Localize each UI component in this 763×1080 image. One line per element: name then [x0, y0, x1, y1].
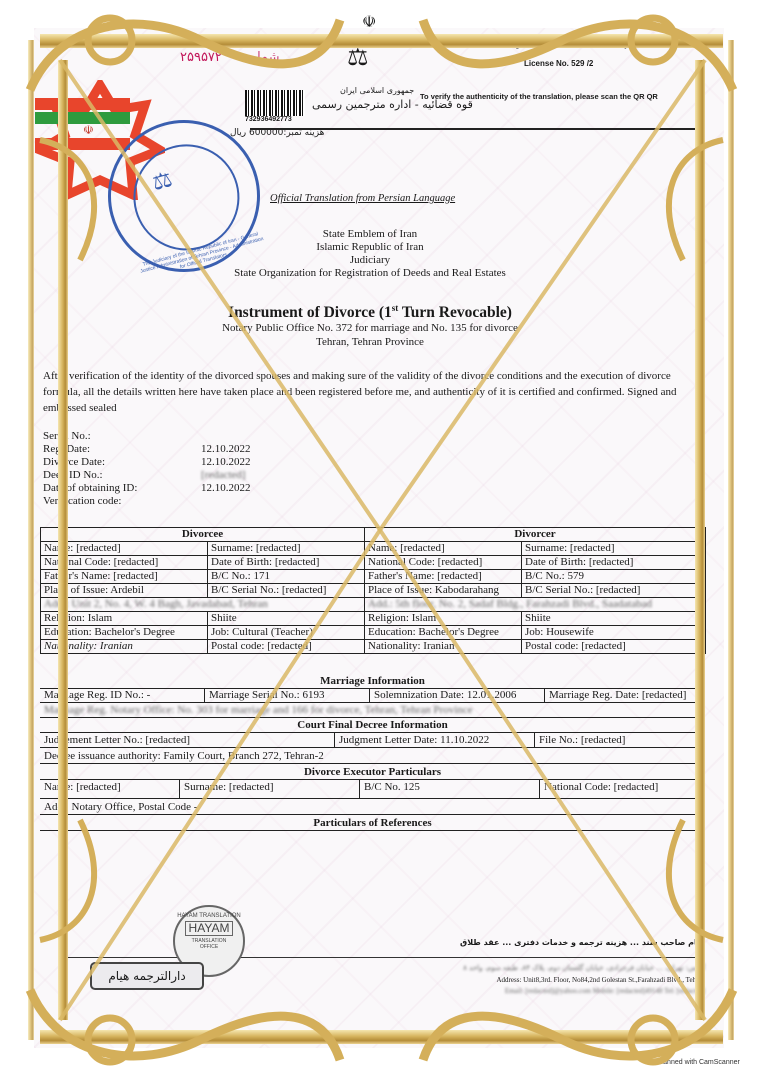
divorcer-place-of-issue: Place of Issue: Kabodarahang [365, 584, 522, 598]
registration-details: Serial No.: Reg. Date:12.10.2022 Divorce… [43, 430, 251, 508]
marriage-notary-office: Marriage Reg. Notary Office: No. 303 for… [40, 703, 705, 717]
divorcee-religion: Religion: Islam [41, 612, 208, 626]
stamp-mid-text: HAYAM [185, 921, 233, 936]
marriage-reg-date: Marriage Reg. Date: [redacted] [545, 688, 705, 702]
divorcer-national-code: National Code: [redacted] [365, 556, 522, 570]
divorcee-place-of-issue: Place of Issue: Ardebil [41, 584, 208, 598]
document-title: Instrument of Divorce (1st Turn Revocabl… [190, 302, 550, 319]
divorcee-father: Father's Name: [redacted] [41, 570, 208, 584]
authority-line: Islamic Republic of Iran [200, 241, 540, 254]
divorcee-surname: Surname: [redacted] [208, 542, 365, 556]
court-authority-row: Decree issuance authority: Family Court,… [40, 749, 705, 764]
divorcee-bc-no: B/C No.: 171 [208, 570, 365, 584]
divorcee-job: Job: Cultural (Teacher) [208, 626, 365, 640]
stamp-bottom-text-2: OFFICE [175, 944, 243, 950]
divorcer-address: Add.: 5th floor, No. 2, Sadaf Bldg., Far… [365, 598, 706, 612]
serial-number-value: ۲۵۹۵۷۲ [180, 50, 222, 65]
reg-label: Reg. Date: [43, 443, 201, 456]
reg-row: Divorce Date:12.10.2022 [43, 456, 251, 469]
executor-address: Add.: Notary Office, Postal Code - [40, 800, 705, 814]
divorcer-dob: Date of Birth: [redacted] [522, 556, 706, 570]
divorcee-address: Add.: Unit 2, No. 4, W. 4 Bagh, Javadaba… [41, 598, 365, 612]
intro-paragraph: After verification of the identity of th… [43, 368, 703, 416]
divorcee-bc-serial: B/C Serial No.: [redacted] [208, 584, 365, 598]
reg-value: 12.10.2022 [201, 456, 251, 469]
divorcee-sect: Shiite [208, 612, 365, 626]
footer-contact: Email: [redacted]@yahoo.com Mobile: [red… [390, 987, 705, 995]
qr-verify-notice: To verify the authenticity of the transl… [420, 92, 658, 101]
divorcee-name: Name: [redacted] [41, 542, 208, 556]
svg-text:☫: ☫ [83, 123, 94, 137]
divorcer-father: Father's Name: [redacted] [365, 570, 522, 584]
reg-label: Serial No.: [43, 430, 201, 443]
reg-label: Divorce Date: [43, 456, 201, 469]
reg-row: Deed ID No.:[redacted] [43, 469, 251, 482]
divorcer-job: Job: Housewife [522, 626, 706, 640]
divorcer-education: Education: Bachelor's Degree [365, 626, 522, 640]
executor-heading: Divorce Executor Particulars [40, 765, 705, 780]
marriage-serial: Marriage Serial No.: 6193 [205, 688, 370, 702]
references-heading: Particulars of References [40, 816, 705, 831]
reg-value: [redacted] [201, 469, 246, 482]
emblem-icon: ☫ [362, 12, 376, 32]
reg-value: 12.10.2022 [201, 482, 251, 495]
executor-address-row: Add.: Notary Office, Postal Code - [40, 800, 705, 815]
divorcer-religion: Religion: Islam [365, 612, 522, 626]
judgment-letter-no: Judgement Letter No.: [redacted] [40, 733, 335, 747]
spouses-table: Divorcee Divorcer Name: [redacted] Surna… [40, 527, 706, 654]
divorcee-nationality: Nationality: Iranian [41, 640, 208, 654]
location-line: Tehran, Tehran Province [200, 336, 540, 349]
divorcer-sect: Shiite [522, 612, 706, 626]
divorcer-nationality: Nationality: Iranian [365, 640, 522, 654]
license-number: License No. 529 /2 [524, 59, 593, 68]
document-serial-number: ۲۵۹۵۷۲ شماره [180, 50, 280, 65]
barcode-number: 732936492773 [245, 116, 292, 123]
notary-line: Notary Public Office No. 372 for marriag… [180, 322, 560, 335]
executor-bc-no: B/C No. 125 [360, 780, 540, 798]
marriage-heading: Marriage Information [40, 674, 705, 689]
footer-address-persian: آدرس: تهران، ... خیابان فرحزادی، خیابان … [420, 964, 705, 972]
court-row: Judgement Letter No.: [redacted] Judgmen… [40, 733, 705, 748]
divorcer-surname: Surname: [redacted] [522, 542, 706, 556]
title-text-end: Turn Revocable) [398, 304, 512, 321]
authority-line: State Organization for Registration of D… [200, 267, 540, 280]
divorcee-postal: Postal code: [redacted] [208, 640, 365, 654]
divorcee-national-code: National Code: [redacted] [41, 556, 208, 570]
footer-persian-note: نام صاحب سند ... هزینه ترجمه و خدمات دفت… [355, 938, 700, 947]
reg-row: Verification code: [43, 495, 251, 508]
executor-name: Name: [redacted] [40, 780, 180, 798]
serial-number-label: شماره [244, 50, 279, 65]
footer-divider [60, 957, 700, 958]
barcode [245, 90, 305, 116]
divorcer-bc-no: B/C No.: 579 [522, 570, 706, 584]
authority-line: State Emblem of Iran [200, 228, 540, 241]
stamp-top-text: HAYAM TRANSLATION [175, 913, 243, 919]
divorcer-bc-serial: B/C Serial No.: [redacted] [522, 584, 706, 598]
divorcee-heading: Divorcee [41, 528, 365, 542]
title-text: Instrument of Divorce (1 [228, 304, 392, 321]
scanner-watermark: Scanned with CamScanner [655, 1059, 740, 1066]
solemnization-date: Solemnization Date: 12.01.2006 [370, 688, 545, 702]
divorcee-education: Education: Bachelor's Degree [41, 626, 208, 640]
executor-row: Name: [redacted] Surname: [redacted] B/C… [40, 780, 705, 799]
scales-of-justice-icon: ⚖ [347, 46, 369, 70]
decree-authority: Decree issuance authority: Family Court,… [40, 749, 705, 763]
reg-row: Serial No.: [43, 430, 251, 443]
hayam-label: دارالترجمه هیام [90, 962, 204, 990]
divorcer-name: Name: [redacted] [365, 542, 522, 556]
reg-value: 12.10.2022 [201, 443, 251, 456]
reg-row: Reg. Date:12.10.2022 [43, 443, 251, 456]
executor-national-code: National Code: [redacted] [540, 780, 705, 798]
executor-surname: Surname: [redacted] [180, 780, 360, 798]
reg-label: Date of obtaining ID: [43, 482, 201, 495]
translator-title: Official English Translator to the Judic… [478, 40, 628, 49]
translation-subtitle: Official Translation from Persian Langua… [270, 193, 455, 204]
marriage-reg-id: Marriage Reg. ID No.: - [40, 688, 205, 702]
reg-label: Verification code: [43, 495, 201, 508]
divorcer-heading: Divorcer [365, 528, 706, 542]
court-heading: Court Final Decree Information [40, 718, 705, 733]
marriage-row: Marriage Reg. ID No.: - Marriage Serial … [40, 688, 705, 703]
authority-block: State Emblem of Iran Islamic Republic of… [200, 228, 540, 280]
emblem-caption: جمهوری اسلامی ایران [340, 86, 414, 95]
divorcee-dob: Date of Birth: [redacted] [208, 556, 365, 570]
reg-label: Deed ID No.: [43, 469, 201, 482]
footer-address-english: Address: Unit8,3rd. Floor, No84,2nd Gole… [320, 976, 705, 984]
marriage-notary-row: Marriage Reg. Notary Office: No. 303 for… [40, 703, 705, 718]
authority-line: Judiciary [200, 254, 540, 267]
file-number: File No.: [redacted] [535, 733, 705, 747]
divorcer-postal: Postal code: [redacted] [522, 640, 706, 654]
header-divider [250, 128, 700, 130]
judgment-letter-date: Judgment Letter Date: 11.10.2022 [335, 733, 535, 747]
reg-row: Date of obtaining ID:12.10.2022 [43, 482, 251, 495]
